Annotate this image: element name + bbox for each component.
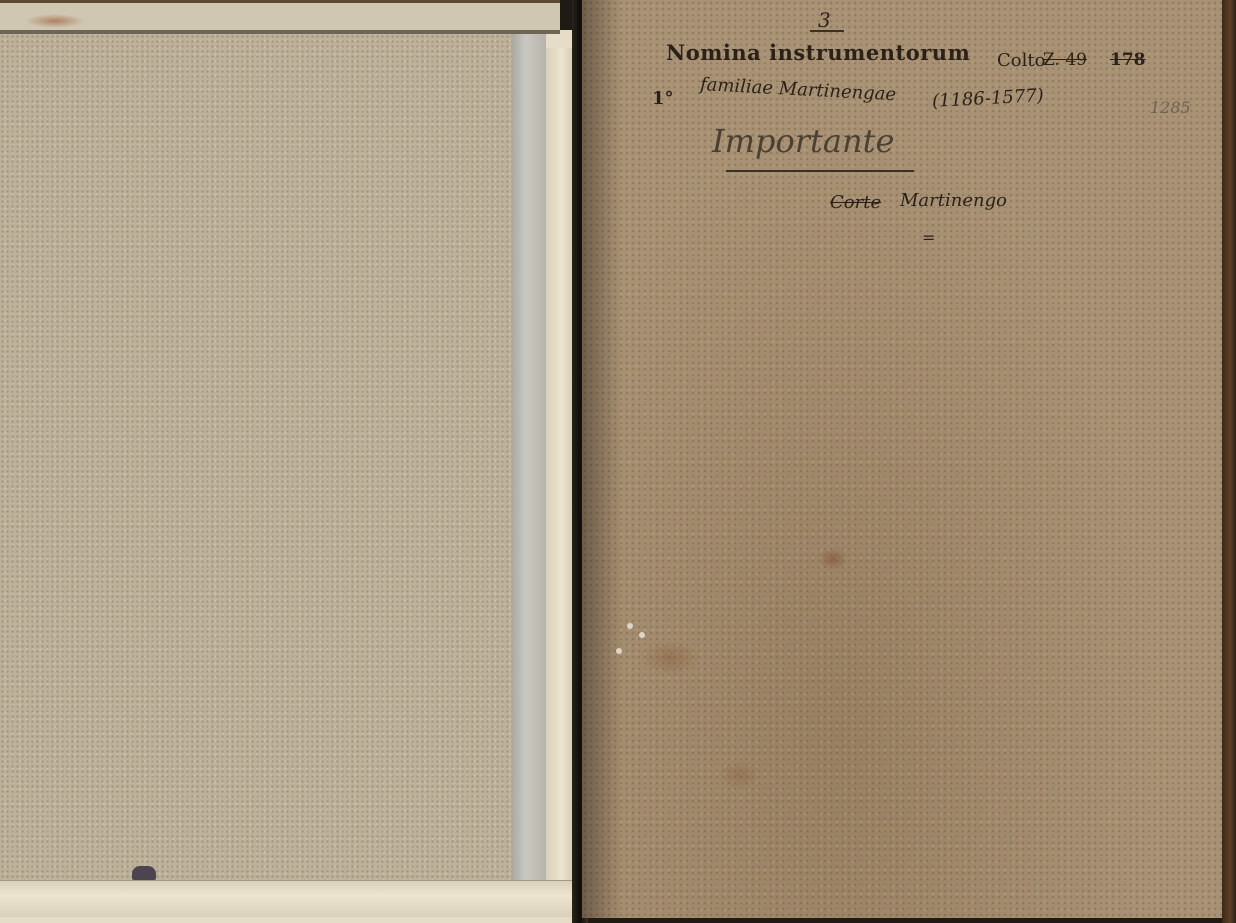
right-spine-edge (1222, 0, 1236, 923)
left-page-top-edge (0, 0, 560, 34)
rust-stain (25, 14, 85, 28)
water-drop-mark (639, 632, 645, 638)
document-photograph: 3 Nomina instrumentorum Colto Z. 49 178 … (0, 0, 1236, 923)
right-page-shadow (582, 0, 622, 918)
left-cover-board (0, 34, 520, 880)
right-cover-board (582, 0, 1224, 918)
water-drop-mark (616, 648, 622, 654)
small-mark: = (922, 228, 935, 247)
importance-underline (726, 170, 914, 172)
shelf-number: 1285 (1150, 98, 1191, 117)
foxing-stain (720, 760, 760, 790)
collocation-crossed: Z. 49 (1043, 50, 1087, 70)
water-drop-mark (627, 623, 633, 629)
archive-crossed: Corte (830, 192, 881, 213)
spine-paper-tape (512, 34, 546, 886)
importance-note: Importante (712, 122, 894, 160)
foxing-stain (640, 640, 700, 676)
archive-name: Martinengo (900, 190, 1007, 211)
volume-marker: 1° (652, 88, 674, 109)
foxing-stain (818, 548, 848, 570)
collocation-number: 178 (1110, 50, 1146, 70)
folio-underline (810, 30, 844, 32)
left-page-bottom-edge (0, 880, 575, 917)
folio-number: 3 (818, 8, 831, 32)
ink-blot (132, 866, 156, 880)
collocation-label: Colto (997, 50, 1045, 71)
title-text: Nomina instrumentorum (666, 40, 970, 65)
